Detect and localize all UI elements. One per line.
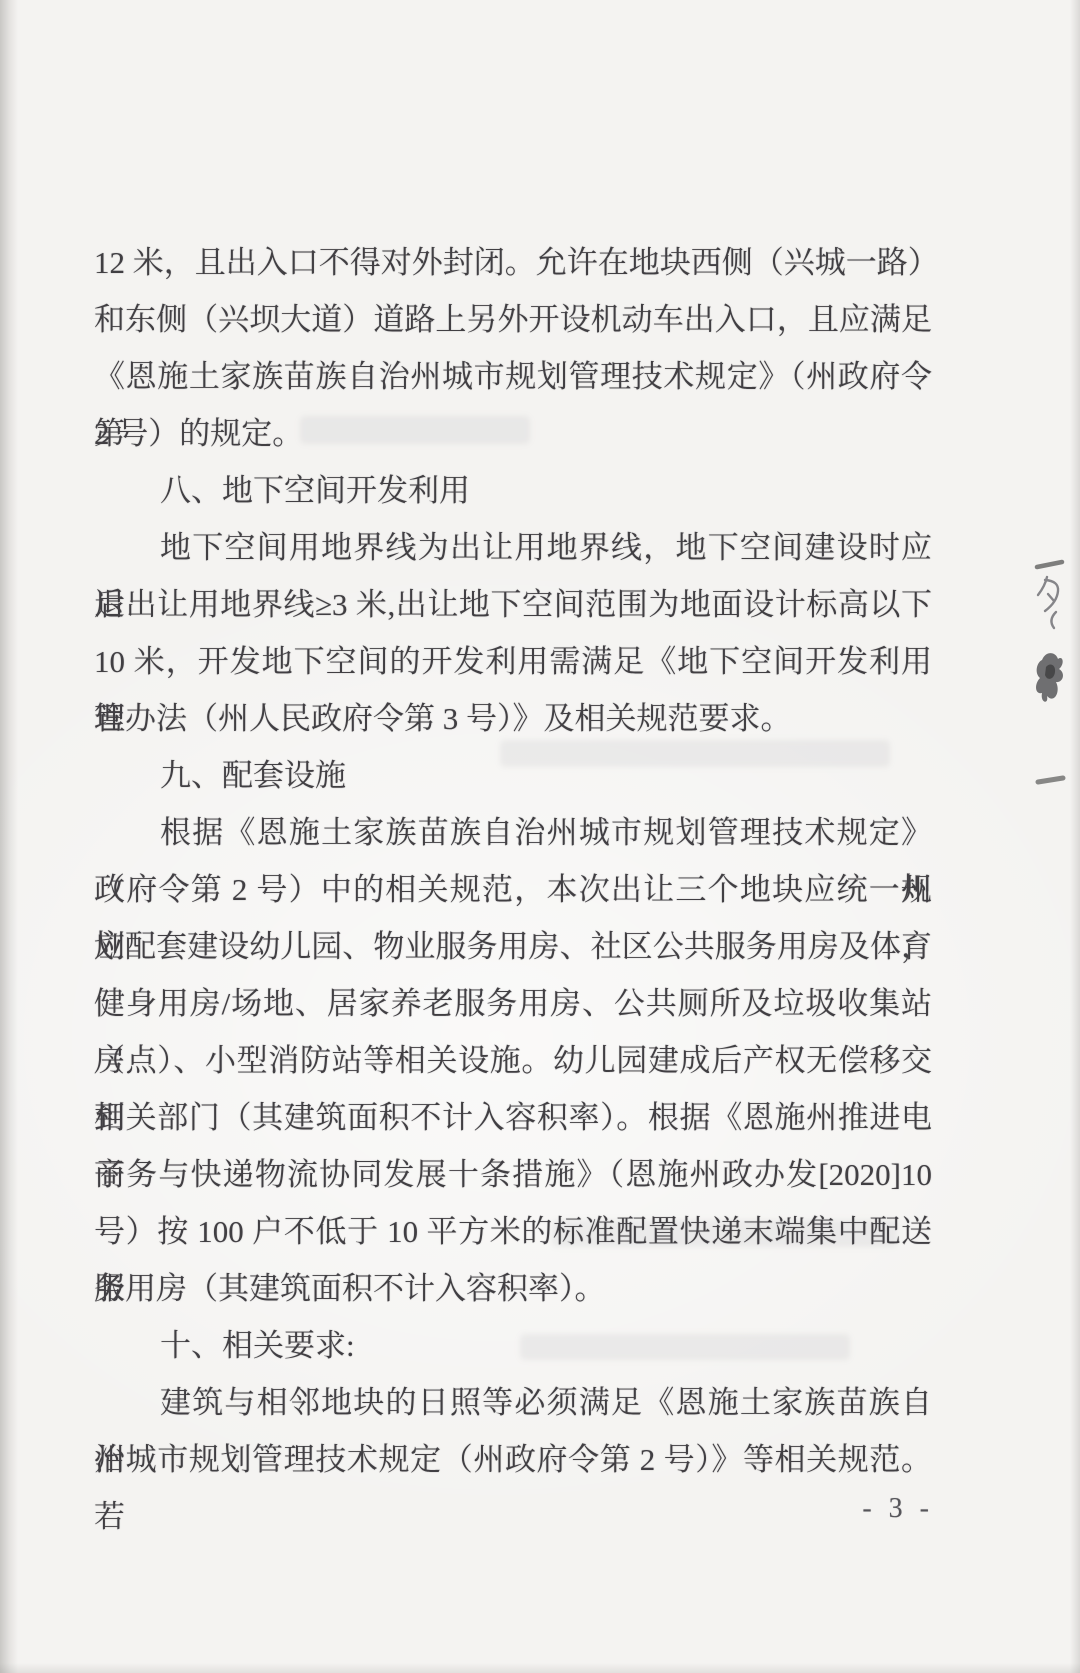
text-line: 地下空间用地界线为出让用地界线，地下空间建设时应后 (94, 519, 932, 576)
text-line: 务用房（其建筑面积不计入容积率）。 (94, 1260, 932, 1317)
text-line: 和东侧（兴坝大道）道路上另外开设机动车出入口，且应满足 (94, 291, 932, 348)
text-line: 10 米，开发地下空间的开发利用需满足《地下空间开发利用管 (94, 633, 932, 690)
handwritten-margin-annotation (1032, 552, 1068, 794)
handwriting-marks-icon (1032, 552, 1068, 794)
scan-right-edge-shadow (1070, 0, 1080, 1673)
text-line: 州城市规划管理技术规定（州政府令第 2 号）》等相关规范。若 (94, 1431, 932, 1488)
text-line: 健身用房/场地、居家养老服务用房、公共厕所及垃圾收集站房 (94, 975, 932, 1032)
text-line: 商务与快递物流协同发展十条措施》（恩施州政办发[2020]10 (94, 1146, 932, 1203)
text-line: 建筑与相邻地块的日照等必须满足《恩施土家族苗族自治 (94, 1374, 932, 1431)
heading-section-8-underground-space: 八、地下空间开发利用 (94, 462, 932, 519)
text-line: （点）、小型消防站等相关设施。幼儿园建成后产权无偿移交到 (94, 1032, 932, 1089)
text-line: 理办法（州人民政府令第 3 号）》及相关规范要求。 (94, 690, 932, 747)
text-line: 号）按 100 户不低于 10 平方米的标准配置快递末端集中配送服 (94, 1203, 932, 1260)
text-line: 政府令第 2 号）中的相关规范，本次出让三个地块应统一规划， (94, 861, 932, 918)
text-line: 12 米，且出入口不得对外封闭。允许在地块西侧（兴城一路） (94, 234, 932, 291)
scan-bottom-edge-shadow (0, 1663, 1080, 1673)
document-body: 12 米，且出入口不得对外封闭。允许在地块西侧（兴城一路） 和东侧（兴坝大道）道… (94, 234, 932, 1488)
text-line: 应配套建设幼儿园、物业服务用房、社区公共服务用房及体育 (94, 918, 932, 975)
heading-section-9-supporting-facilities: 九、配套设施 (94, 747, 932, 804)
page-number: - 3 - (862, 1494, 934, 1524)
scanned-document-page: 12 米，且出入口不得对外封闭。允许在地块西侧（兴城一路） 和东侧（兴坝大道）道… (0, 0, 1080, 1673)
text-line: 2 号）的规定。 (94, 405, 932, 462)
text-line: 退出让用地界线≥3 米,出让地下空间范围为地面设计标高以下 (94, 576, 932, 633)
scan-left-edge-shadow (0, 0, 18, 1673)
text-line: 根据《恩施土家族苗族自治州城市规划管理技术规定》（州 (94, 804, 932, 861)
heading-section-10-related-requirements: 十、相关要求: (94, 1317, 932, 1374)
text-line: 相关部门（其建筑面积不计入容积率）。根据《恩施州推进电子 (94, 1089, 932, 1146)
text-line: 《恩施土家族苗族自治州城市规划管理技术规定》（州政府令第 (94, 348, 932, 405)
